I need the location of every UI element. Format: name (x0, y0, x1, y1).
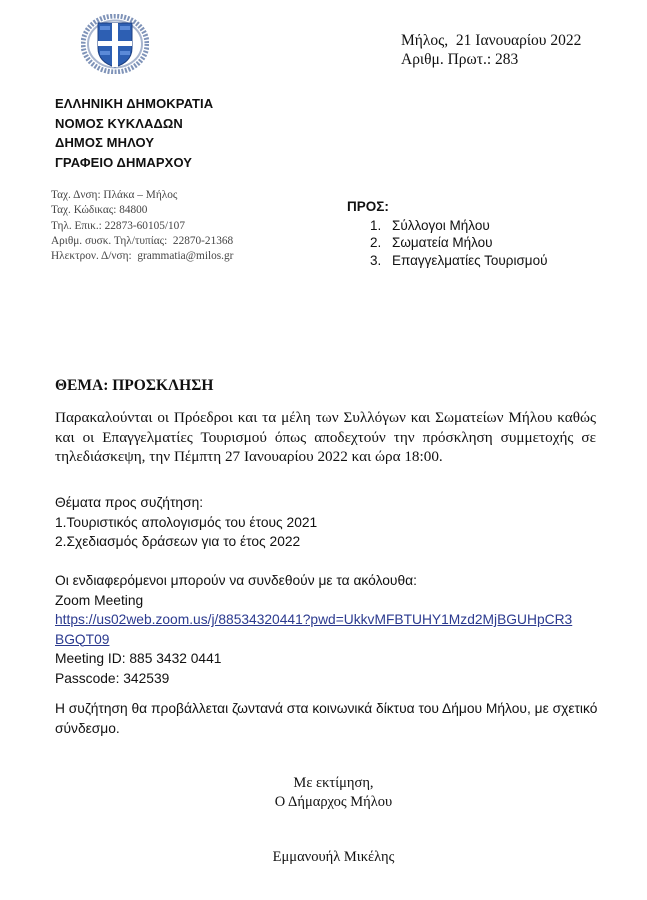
body-paragraph: Παρακαλούνται οι Πρόεδροι και τα μέλη τω… (55, 408, 596, 467)
topics-block: Θέματα προς συζήτηση: 1.Τουριστικός απολ… (55, 493, 317, 552)
recipients-block: ΠΡΟΣ: 1. Σύλλογοι Μήλου 2. Σωματεία Μήλο… (347, 198, 547, 269)
topics-heading: Θέματα προς συζήτηση: (55, 493, 317, 513)
authority-line: ΔΗΜΟΣ ΜΗΛΟΥ (55, 133, 213, 153)
meeting-name: Zoom Meeting (55, 591, 615, 611)
contact-fax: Αριθμ. συσκ. Τηλ/τυπίας: 22870-21368 (51, 234, 233, 249)
recipient-item: 2. Σωματεία Μήλου (347, 234, 547, 252)
recipients-title: ΠΡΟΣ: (347, 198, 547, 216)
recipient-number: 1. (370, 217, 381, 235)
recipient-label: Επαγγελματίες Τουρισμού (392, 253, 547, 268)
zoom-link-line-1[interactable]: https://us02web.zoom.us/j/88534320441?pw… (55, 612, 572, 627)
recipient-number: 2. (370, 234, 381, 252)
contact-email: Ηλεκτρον. Δ/νση: grammatia@milos.gr (51, 249, 233, 264)
authority-block: ΕΛΛΗΝΙΚΗ ΔΗΜΟΚΡΑΤΙΑ ΝΟΜΟΣ ΚΥΚΛΑΔΩΝ ΔΗΜΟΣ… (55, 94, 213, 172)
recipients-list: 1. Σύλλογοι Μήλου 2. Σωματεία Μήλου 3. Ε… (347, 217, 547, 270)
authority-line: ΝΟΜΟΣ ΚΥΚΛΑΔΩΝ (55, 114, 213, 134)
subject-heading: ΘΕΜΑ: ΠΡΟΣΚΛΗΣΗ (55, 377, 213, 395)
place-date: Μήλος, 21 Ιανουαρίου 2022 (401, 31, 581, 50)
authority-line: ΓΡΑΦΕΙΟ ΔΗΜΑΡΧΟΥ (55, 153, 213, 173)
meeting-passcode: Passcode: 342539 (55, 669, 615, 689)
recipient-label: Σωματεία Μήλου (392, 235, 493, 250)
signatory-name: Εμμανουήλ Μικέλης (273, 849, 395, 866)
meeting-block: Οι ενδιαφερόμενοι μπορούν να συνδεθούν μ… (55, 571, 615, 688)
authority-line: ΕΛΛΗΝΙΚΗ ΔΗΜΟΚΡΑΤΙΑ (55, 94, 213, 114)
signoff-block: Με εκτίμηση, Ο Δήμαρχος Μήλου (0, 774, 647, 812)
recipient-label: Σύλλογοι Μήλου (392, 218, 490, 233)
signatory-name-block: Εμμανουήλ Μικέλης (0, 849, 647, 866)
topic-item: 1.Τουριστικός απολογισμός του έτους 2021 (55, 513, 317, 533)
recipient-item: 3. Επαγγελματίες Τουρισμού (347, 252, 547, 270)
topic-item: 2.Σχεδιασμός δράσεων για το έτος 2022 (55, 532, 317, 552)
protocol-number: Αριθμ. Πρωτ.: 283 (401, 50, 581, 69)
meeting-intro: Οι ενδιαφερόμενοι μπορούν να συνδεθούν μ… (55, 571, 615, 591)
recipient-number: 3. (370, 252, 381, 270)
broadcast-note: Η συζήτηση θα προβάλλεται ζωντανά στα κο… (55, 699, 615, 739)
recipient-item: 1. Σύλλογοι Μήλου (347, 217, 547, 235)
meeting-id: Meeting ID: 885 3432 0441 (55, 649, 615, 669)
contact-address: Ταχ. Δνση: Πλάκα – Μήλος (51, 188, 233, 203)
zoom-meeting-link[interactable]: https://us02web.zoom.us/j/88534320441?pw… (55, 612, 572, 647)
contact-postcode: Ταχ. Κώδικας: 84800 (51, 203, 233, 218)
closing-phrase: Με εκτίμηση, (275, 774, 392, 793)
contact-phone: Τηλ. Επικ.: 22873-60105/107 (51, 219, 233, 234)
greek-coat-of-arms-icon (81, 14, 149, 74)
contact-block: Ταχ. Δνση: Πλάκα – Μήλος Ταχ. Κώδικας: 8… (51, 188, 233, 264)
zoom-link-line-2[interactable]: BGQT09 (55, 632, 109, 647)
date-block: Μήλος, 21 Ιανουαρίου 2022 Αριθμ. Πρωτ.: … (401, 31, 581, 69)
signatory-role: Ο Δήμαρχος Μήλου (275, 793, 392, 812)
